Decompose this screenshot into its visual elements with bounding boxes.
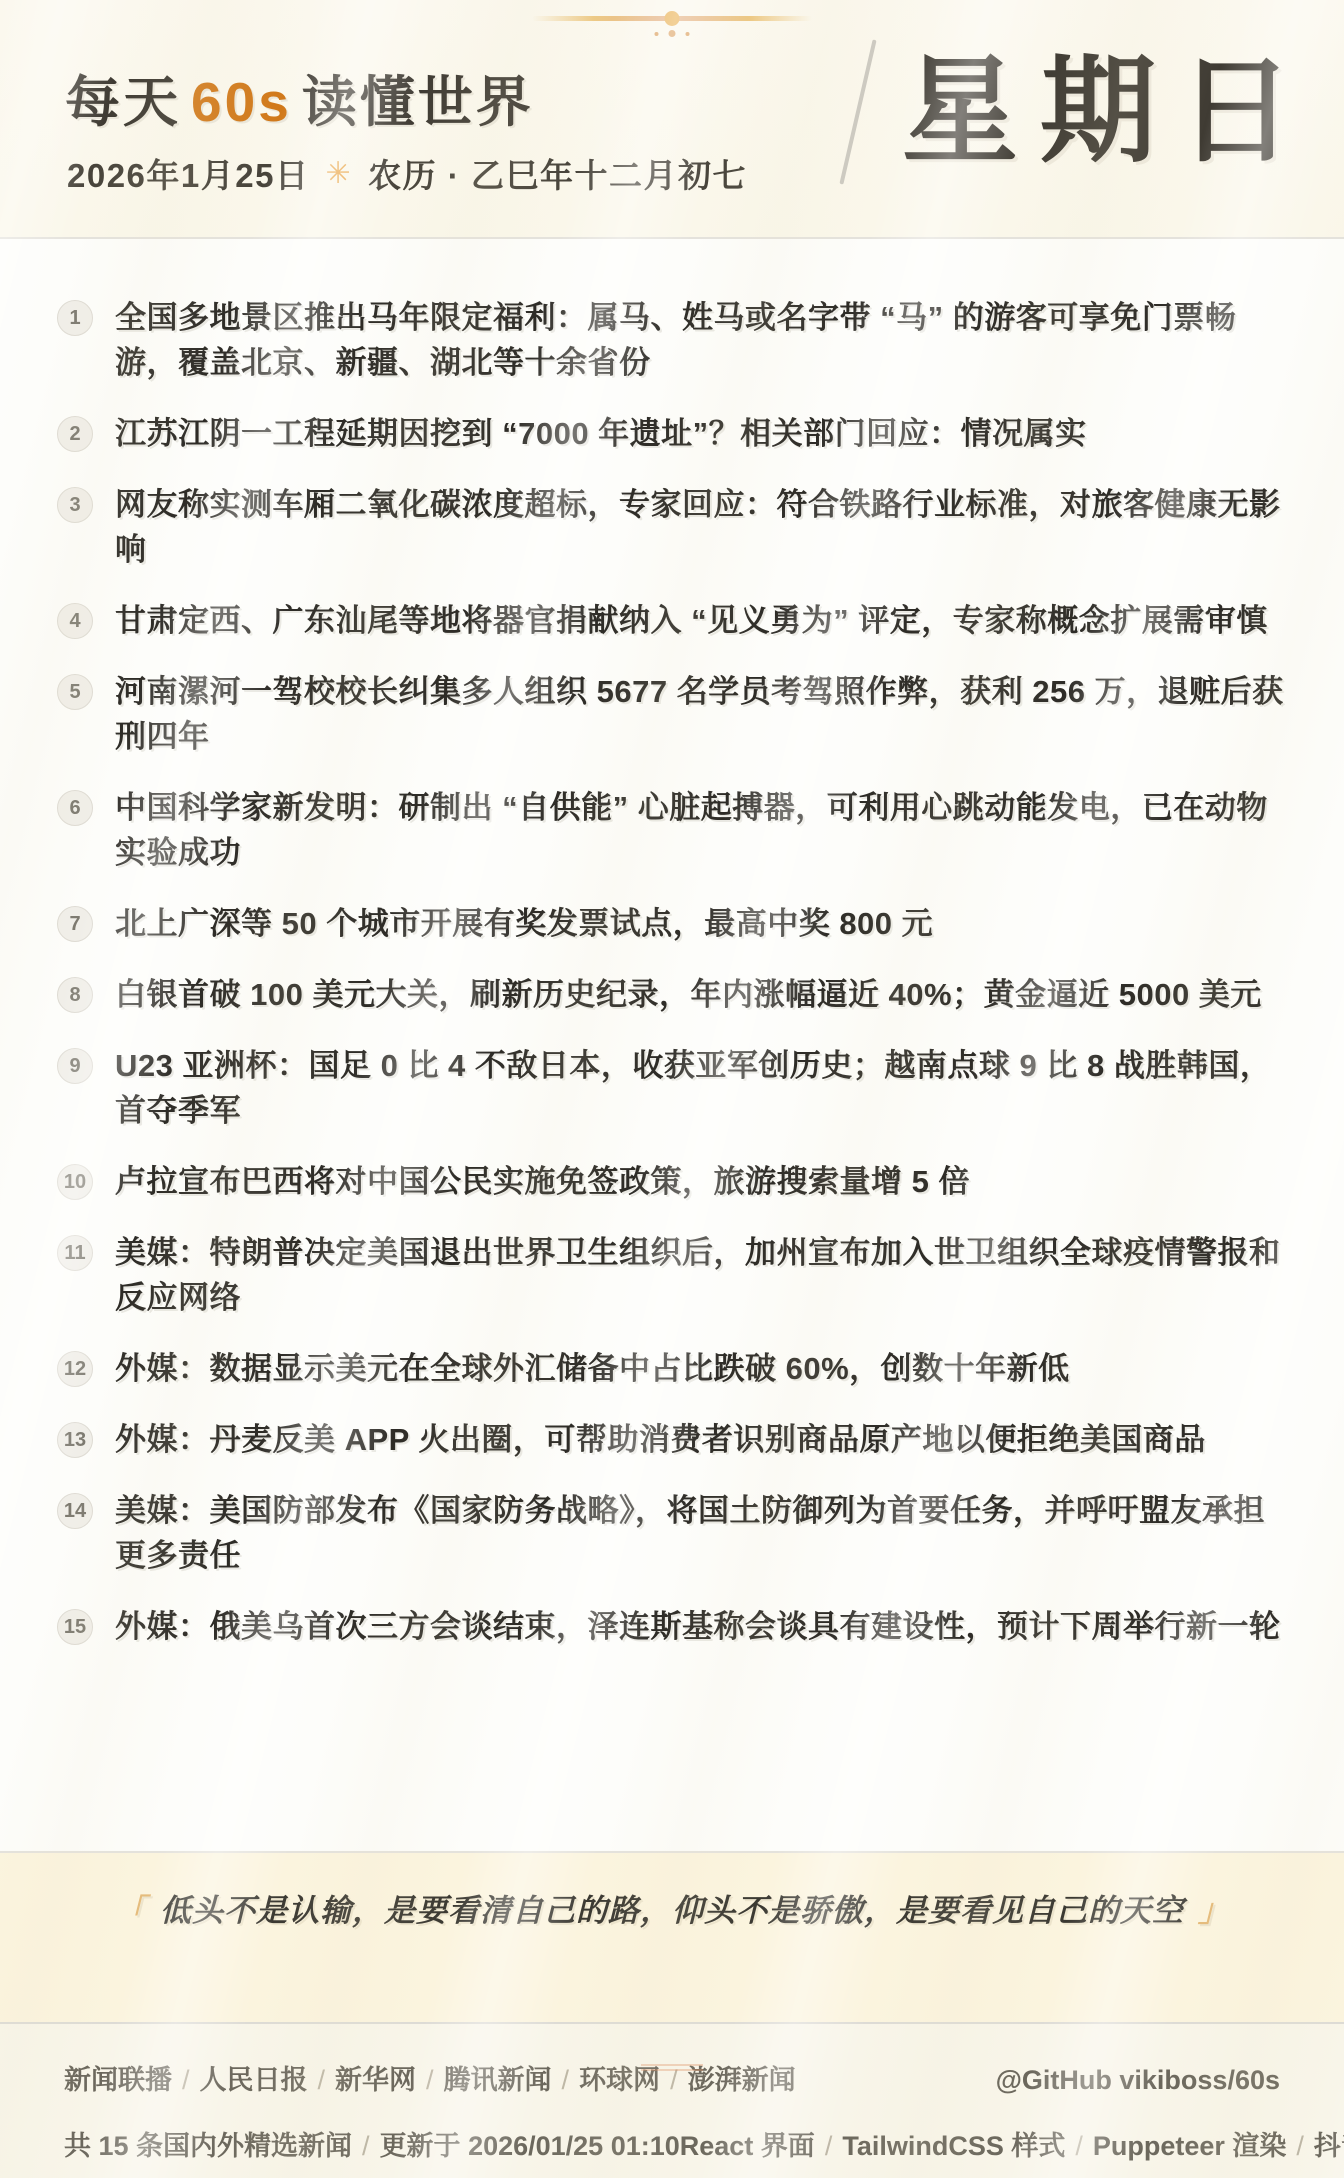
meta-text: 更新于 2026/01/25 01:10 [380, 2131, 680, 2161]
separator: / [1296, 2131, 1304, 2161]
footer-row-1: 新闻联播/人民日报/新华网/腾讯新闻/环球网/澎湃新闻 @GitHub viki… [64, 2058, 1280, 2097]
item-number-badge: 7 [57, 906, 93, 942]
item-text: 全国多地景区推出马年限定福利：属马、姓马或名字带 “马” 的游客可享免门票畅游，… [115, 295, 1290, 385]
daily-quote: 「低头不是认输，是要看清自己的路，仰头不是骄傲，是要看见自己的天空」 [114, 1883, 1230, 1939]
title-suffix: 读懂世界 [302, 71, 534, 133]
footer-row-2: 共 15 条国内外精选新闻/更新于 2026/01/25 01:10 React… [64, 2124, 1280, 2163]
quote-text: 低头不是认输，是要看清自己的路，仰头不是骄傲，是要看见自己的天空 [160, 1893, 1184, 1928]
footer: 新闻联播/人民日报/新华网/腾讯新闻/环球网/澎湃新闻 @GitHub viki… [0, 2022, 1344, 2178]
lunar-date: 农历 · 乙巳年十二月初七 [368, 150, 747, 197]
item-text: 美媒：美国防部发布《国家防务战略》，将国土防御列为首要任务，并呼吁盟友承担更多责… [115, 1488, 1290, 1578]
news-item: 12 外媒：数据显示美元在全球外汇储备中占比跌破 60%，创数十年新低 [57, 1346, 1290, 1391]
item-number-badge: 12 [57, 1351, 93, 1387]
news-item: 3 网友称实测车厢二氧化碳浓度超标，专家回应：符合铁路行业标准，对旅客健康无影响 [57, 482, 1290, 572]
separator: / [182, 2065, 190, 2095]
item-number-badge: 15 [57, 1609, 93, 1645]
source-name: 腾讯新闻 [444, 2065, 552, 2095]
news-item: 13 外媒：丹麦反美 APP 火出圈，可帮助消费者识别商品原产地以便拒绝美国商品 [57, 1417, 1290, 1462]
tech-stack: React 界面/TailwindCSS 样式/Puppeteer 渲染/抖音美… [680, 2124, 1344, 2163]
ornament-dots-icon [655, 30, 690, 37]
title-highlight-60s: 60s [191, 71, 292, 133]
source-name: 人民日报 [200, 2065, 308, 2095]
item-number-badge: 4 [57, 603, 93, 639]
github-handle: @GitHub vikiboss/60s [996, 2065, 1280, 2096]
separator: / [362, 2131, 370, 2161]
item-text: 甘肃定西、广东汕尾等地将器官捐献纳入 “见义勇为” 评定，专家称概念扩展需审慎 [115, 598, 1268, 643]
item-text: 外媒：数据显示美元在全球外汇储备中占比跌破 60%，创数十年新低 [115, 1346, 1070, 1391]
quote-open-bracket: 「 [114, 1893, 146, 1928]
news-item: 6 中国科学家新发明：研制出 “自供能” 心脏起搏器，可利用心跳动能发电，已在动… [57, 785, 1290, 875]
quote-close-bracket: 」 [1198, 1893, 1230, 1928]
gregorian-date: 2026年1月25日 [67, 150, 309, 197]
header-ornament-line [532, 10, 812, 26]
item-number-badge: 6 [57, 790, 93, 826]
item-text: 中国科学家新发明：研制出 “自供能” 心脏起搏器，可利用心跳动能发电，已在动物实… [115, 785, 1290, 875]
news-list-card: 1 全国多地景区推出马年限定福利：属马、姓马或名字带 “马” 的游客可享免门票畅… [0, 237, 1344, 1853]
item-number-badge: 8 [57, 977, 93, 1013]
item-text: 美媒：特朗普决定美国退出世界卫生组织后，加州宣布加入世卫组织全球疫情警报和反应网… [115, 1230, 1290, 1320]
news-sources: 新闻联播/人民日报/新华网/腾讯新闻/环球网/澎湃新闻 [64, 2058, 796, 2097]
news-item: 8 白银首破 100 美元大关，刷新历史纪录，年内涨幅逼近 40%；黄金逼近 5… [57, 972, 1290, 1017]
separator: / [670, 2065, 678, 2095]
source-name: 新华网 [335, 2065, 416, 2095]
tech-name: React 界面 [680, 2131, 815, 2161]
news-item: 4 甘肃定西、广东汕尾等地将器官捐献纳入 “见义勇为” 评定，专家称概念扩展需审… [57, 598, 1290, 643]
title-prefix: 每天 [65, 71, 181, 133]
news-item: 14 美媒：美国防部发布《国家防务战略》，将国土防御列为首要任务，并呼吁盟友承担… [57, 1488, 1290, 1578]
item-number-badge: 2 [57, 416, 93, 452]
item-text: 网友称实测车厢二氧化碳浓度超标，专家回应：符合铁路行业标准，对旅客健康无影响 [115, 482, 1290, 572]
separator: / [825, 2131, 833, 2161]
news-item: 5 河南漯河一驾校校长纠集多人组织 5677 名学员考驾照作弊，获利 256 万… [57, 669, 1290, 759]
item-text: 白银首破 100 美元大关，刷新历史纪录，年内涨幅逼近 40%；黄金逼近 500… [115, 972, 1262, 1017]
news-item: 1 全国多地景区推出马年限定福利：属马、姓马或名字带 “马” 的游客可享免门票畅… [57, 295, 1290, 385]
item-text: 外媒：俄美乌首次三方会谈结束，泽连斯基称会谈具有建设性，预计下周举行新一轮 [115, 1604, 1281, 1649]
header: 每天60s读懂世界 2026年1月25日 ✳ 农历 · 乙巳年十二月初七 星期日 [0, 0, 1344, 237]
item-number-badge: 13 [57, 1422, 93, 1458]
ornament-circle-icon [665, 11, 680, 26]
weekday-block: 星期日 [856, 38, 1294, 186]
weekday-label: 星期日 [902, 42, 1316, 181]
item-number-badge: 11 [57, 1235, 93, 1271]
separator: / [318, 2065, 326, 2095]
news-item: 10 卢拉宣布巴西将对中国公民实施免签政策，旅游搜索量增 5 倍 [57, 1159, 1290, 1204]
update-meta: 共 15 条国内外精选新闻/更新于 2026/01/25 01:10 [64, 2124, 680, 2163]
item-number-badge: 3 [57, 487, 93, 523]
news-item: 11 美媒：特朗普决定美国退出世界卫生组织后，加州宣布加入世卫组织全球疫情警报和… [57, 1230, 1290, 1320]
news-item: 15 外媒：俄美乌首次三方会谈结束，泽连斯基称会谈具有建设性，预计下周举行新一轮 [57, 1604, 1290, 1649]
item-text: 卢拉宣布巴西将对中国公民实施免签政策，旅游搜索量增 5 倍 [115, 1159, 970, 1204]
item-text: 江苏江阴一工程延期因挖到 “7000 年遗址”？相关部门回应：情况属实 [115, 411, 1087, 456]
news-item: 2 江苏江阴一工程延期因挖到 “7000 年遗址”？相关部门回应：情况属实 [57, 411, 1290, 456]
item-number-badge: 14 [57, 1493, 93, 1529]
tech-name: Puppeteer 渲染 [1093, 2131, 1287, 2161]
item-text: 外媒：丹麦反美 APP 火出圈，可帮助消费者识别商品原产地以便拒绝美国商品 [115, 1417, 1206, 1462]
item-text: U23 亚洲杯：国足 0 比 4 不敌日本，收获亚军创历史；越南点球 9 比 8… [115, 1043, 1290, 1133]
separator: / [426, 2065, 434, 2095]
asterisk-flower-icon: ✳ [325, 156, 352, 191]
item-number-badge: 9 [57, 1048, 93, 1084]
daily-news-card: 每天60s读懂世界 2026年1月25日 ✳ 农历 · 乙巳年十二月初七 星期日… [0, 0, 1344, 2178]
date-line: 2026年1月25日 ✳ 农历 · 乙巳年十二月初七 [67, 150, 747, 197]
slash-divider [839, 39, 876, 184]
item-text: 北上广深等 50 个城市开展有奖发票试点，最高中奖 800 元 [115, 901, 933, 946]
item-number-badge: 10 [57, 1164, 93, 1200]
tech-name: 抖音美好体 [1314, 2131, 1344, 2161]
item-number-badge: 1 [57, 300, 93, 336]
news-item: 9 U23 亚洲杯：国足 0 比 4 不敌日本，收获亚军创历史；越南点球 9 比… [57, 1043, 1290, 1133]
news-list: 1 全国多地景区推出马年限定福利：属马、姓马或名字带 “马” 的游客可享免门票畅… [57, 295, 1290, 1649]
source-name: 澎湃新闻 [688, 2065, 796, 2095]
quote-section: 「低头不是认输，是要看清自己的路，仰头不是骄傲，是要看见自己的天空」 [0, 1853, 1344, 2022]
item-number-badge: 5 [57, 674, 93, 710]
meta-text: 共 15 条国内外精选新闻 [64, 2131, 352, 2161]
separator: / [562, 2065, 570, 2095]
tech-name: TailwindCSS 样式 [842, 2131, 1065, 2161]
item-text: 河南漯河一驾校校长纠集多人组织 5677 名学员考驾照作弊，获利 256 万，退… [115, 669, 1290, 759]
news-item: 7 北上广深等 50 个城市开展有奖发票试点，最高中奖 800 元 [57, 901, 1290, 946]
source-name: 新闻联播 [64, 2065, 172, 2095]
separator: / [1075, 2131, 1083, 2161]
page-title: 每天60s读懂世界 [65, 58, 534, 137]
source-name: 环球网 [579, 2065, 660, 2095]
